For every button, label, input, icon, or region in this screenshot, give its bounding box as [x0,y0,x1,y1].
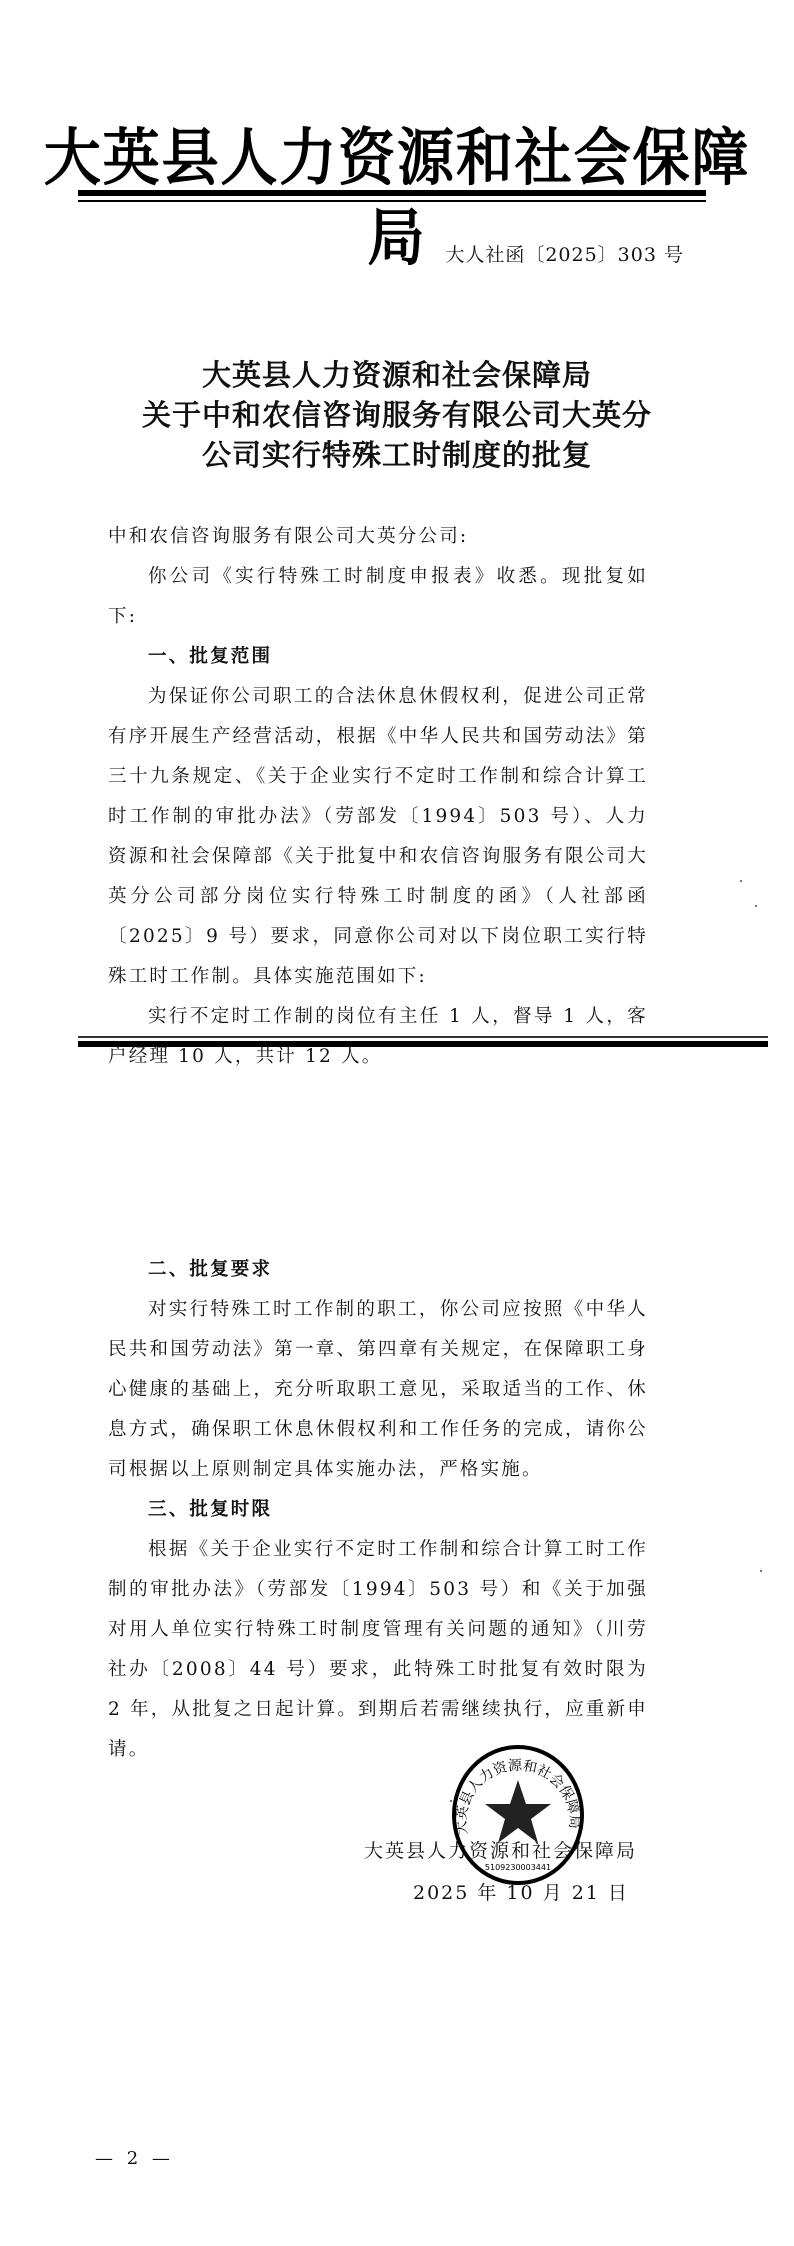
addressee: 中和农信咨询服务有限公司大英分公司: [108,517,648,557]
scan-speck [755,905,757,907]
intro-paragraph: 你公司《实行特殊工时制度申报表》收悉。现批复如下: [108,557,648,637]
section-1-paragraph-1: 为保证你公司职工的合法休息休假权利，促进公司正常有序开展生产经营活动，根据《中华… [108,677,648,997]
title-line-2: 关于中和农信咨询服务有限公司大英分 [0,395,794,435]
section-2-paragraph-1: 对实行特殊工时工作制的职工，你公司应按照《中华人民共和国劳动法》第一章、第四章有… [108,1290,648,1490]
official-seal-icon: 大英县人力资源和社会保障局 5109230003441 [448,1742,588,1888]
section-3-paragraph-1: 根据《关于企业实行不定时工作制和综合计算工时工作制的审批办法》（劳部发〔1994… [108,1530,648,1770]
masthead-rule-thin [78,200,706,202]
scan-speck [760,1570,762,1572]
svg-text:5109230003441: 5109230003441 [485,1863,551,1872]
masthead-rule-thick [78,190,706,196]
scan-speck [450,1800,452,1802]
body-part-2: 二、批复要求 对实行特殊工时工作制的职工，你公司应按照《中华人民共和国劳动法》第… [108,1250,648,1770]
scan-speck [740,880,742,882]
title-line-1: 大英县人力资源和社会保障局 [0,355,794,395]
page-number: — 2 — [95,2148,174,2169]
title-line-3: 公司实行特殊工时制度的批复 [0,435,794,475]
section-1-heading: 一、批复范围 [108,637,648,677]
section-3-heading: 三、批复时限 [108,1490,648,1530]
section-2-heading: 二、批复要求 [108,1250,648,1290]
page-separator-thick [78,1041,768,1047]
page-separator-thin [78,1036,768,1038]
document-number: 大人社函〔2025〕303 号 [445,240,684,267]
body-part-1: 中和农信咨询服务有限公司大英分公司: 你公司《实行特殊工时制度申报表》收悉。现批… [108,517,648,1077]
document-title: 大英县人力资源和社会保障局 关于中和农信咨询服务有限公司大英分 公司实行特殊工时… [0,355,794,475]
